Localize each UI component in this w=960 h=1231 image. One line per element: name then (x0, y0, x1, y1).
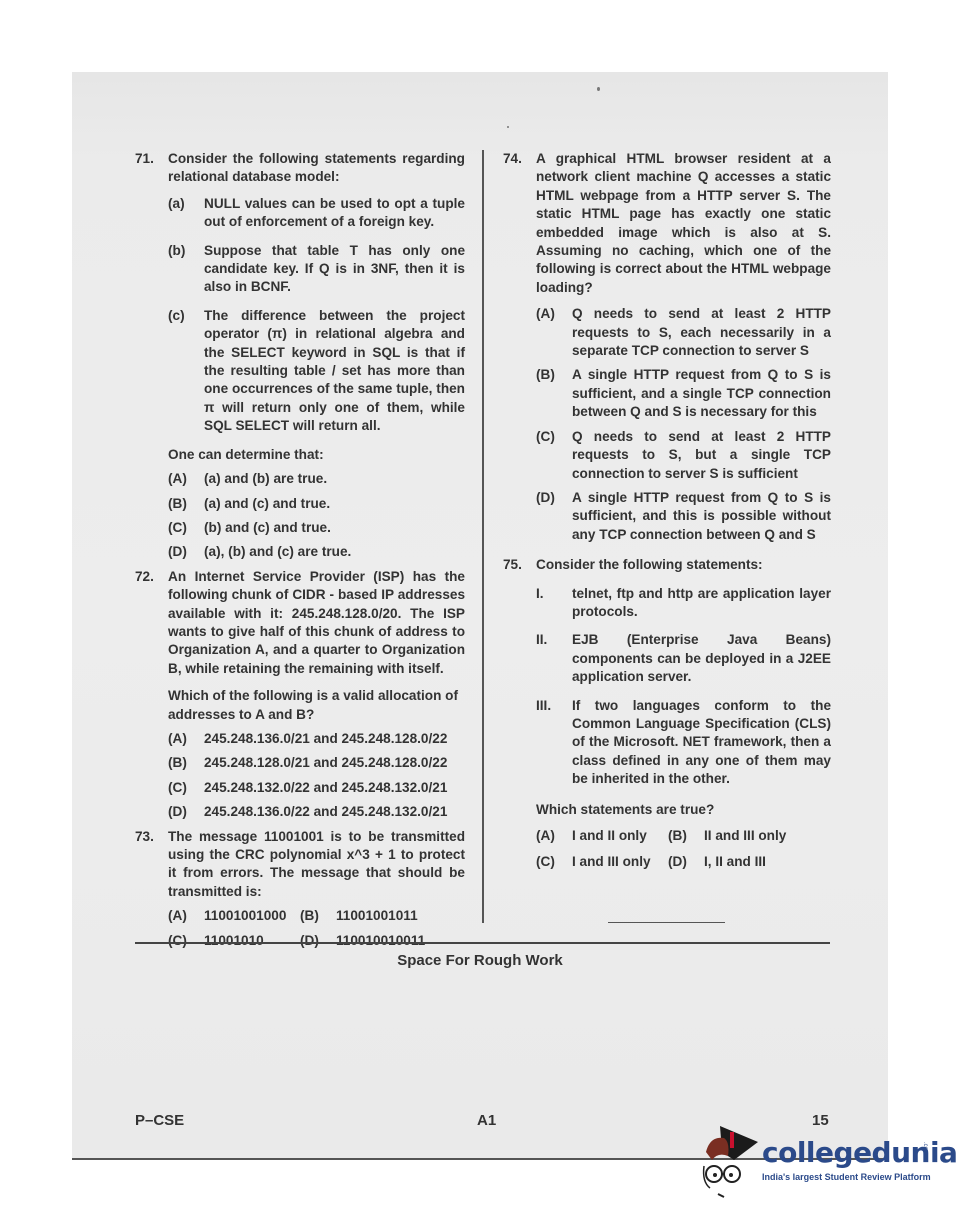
statement-a: (a) NULL values can be used to opt a tup… (168, 195, 465, 232)
option-row: (A) I and II only (B) II and III only (536, 827, 831, 845)
option-d[interactable]: (D) I, II and III (668, 853, 766, 871)
option-b[interactable]: (B) 11001001011 (300, 907, 418, 925)
question-number: 75. (503, 556, 522, 574)
option-c[interactable]: (C) I and III only (536, 853, 668, 871)
question-stem: An Internet Service Provider (ISP) has t… (168, 568, 465, 678)
option-b[interactable]: (B) A single HTTP request from Q to S is… (536, 366, 831, 421)
statement-i: I. telnet, ftp and http are application … (536, 585, 831, 622)
question-stem: A graphical HTML browser resident at a n… (536, 150, 831, 297)
option-row: (C) I and III only (D) I, II and III (536, 853, 831, 871)
option-row: (C) 11001010 (D) 110010010011 (168, 932, 465, 950)
booklet-set: A1 (477, 1112, 496, 1129)
option-a[interactable]: (A) (a) and (b) are true. (168, 470, 465, 488)
option-b[interactable]: (B) (a) and (c) and true. (168, 495, 465, 513)
question-stem: Consider the following statements: (536, 556, 831, 574)
option-a[interactable]: (A) I and II only (536, 827, 668, 845)
statement-iii: III. If two languages conform to the Com… (536, 697, 831, 789)
option-a[interactable]: (A) 245.248.136.0/21 and 245.248.128.0/2… (168, 730, 465, 748)
mascot-icon (700, 1122, 770, 1202)
option-d[interactable]: (D) 110010010011 (300, 932, 425, 950)
question-prompt: Which statements are true? (536, 801, 831, 819)
section-divider (135, 942, 830, 944)
scan-speck (597, 87, 600, 91)
option-a[interactable]: (A) Q needs to send at least 2 HTTP requ… (536, 305, 831, 360)
question-stem: Consider the following statements regard… (168, 150, 465, 187)
rough-work-heading: Space For Rough Work (0, 952, 960, 969)
question-73: 73. The message 11001001 is to be transm… (135, 828, 465, 950)
option-c[interactable]: (C) 11001010 (168, 932, 300, 950)
option-b[interactable]: (B) II and III only (668, 827, 786, 845)
question-prompt: One can determine that: (168, 446, 465, 464)
question-72: 72. An Internet Service Provider (ISP) h… (135, 568, 465, 822)
option-d[interactable]: (D) (a), (b) and (c) are true. (168, 543, 465, 561)
question-number: 72. (135, 568, 154, 586)
collegedunia-watermark: collegedunia .com India's largest Studen… (700, 1122, 940, 1202)
option-row: (A) 11001001000 (B) 11001001011 (168, 907, 465, 925)
brand-suffix: .com (922, 1142, 928, 1155)
question-74: 74. A graphical HTML browser resident at… (503, 150, 831, 544)
option-c[interactable]: (C) (b) and (c) and true. (168, 519, 465, 537)
question-number: 74. (503, 150, 522, 168)
statement-b: (b) Suppose that table T has only one ca… (168, 242, 465, 297)
brand-tagline: India's largest Student Review Platform (762, 1172, 931, 1182)
option-a[interactable]: (A) 11001001000 (168, 907, 300, 925)
end-of-section-rule (608, 922, 725, 923)
column-divider (482, 150, 484, 923)
question-75: 75. Consider the following statements: I… (503, 556, 831, 872)
brand-wordmark: collegedunia (762, 1136, 957, 1169)
question-71: 71. Consider the following statements re… (135, 150, 465, 562)
right-column: 74. A graphical HTML browser resident at… (503, 150, 831, 878)
question-number: 73. (135, 828, 154, 846)
question-prompt: Which of the following is a valid alloca… (168, 687, 465, 724)
scan-speck (507, 126, 509, 128)
paper-code: P–CSE (135, 1112, 184, 1129)
question-stem: The message 11001001 is to be transmitte… (168, 828, 465, 902)
option-c[interactable]: (C) 245.248.132.0/22 and 245.248.132.0/2… (168, 779, 465, 797)
option-b[interactable]: (B) 245.248.128.0/21 and 245.248.128.0/2… (168, 754, 465, 772)
option-c[interactable]: (C) Q needs to send at least 2 HTTP requ… (536, 428, 831, 483)
statement-ii: II. EJB (Enterprise Java Beans) componen… (536, 631, 831, 686)
question-number: 71. (135, 150, 154, 168)
option-d[interactable]: (D) 245.248.136.0/22 and 245.248.132.0/2… (168, 803, 465, 821)
option-d[interactable]: (D) A single HTTP request from Q to S is… (536, 489, 831, 544)
statement-c: (c) The difference between the project o… (168, 307, 465, 436)
left-column: 71. Consider the following statements re… (135, 150, 465, 956)
